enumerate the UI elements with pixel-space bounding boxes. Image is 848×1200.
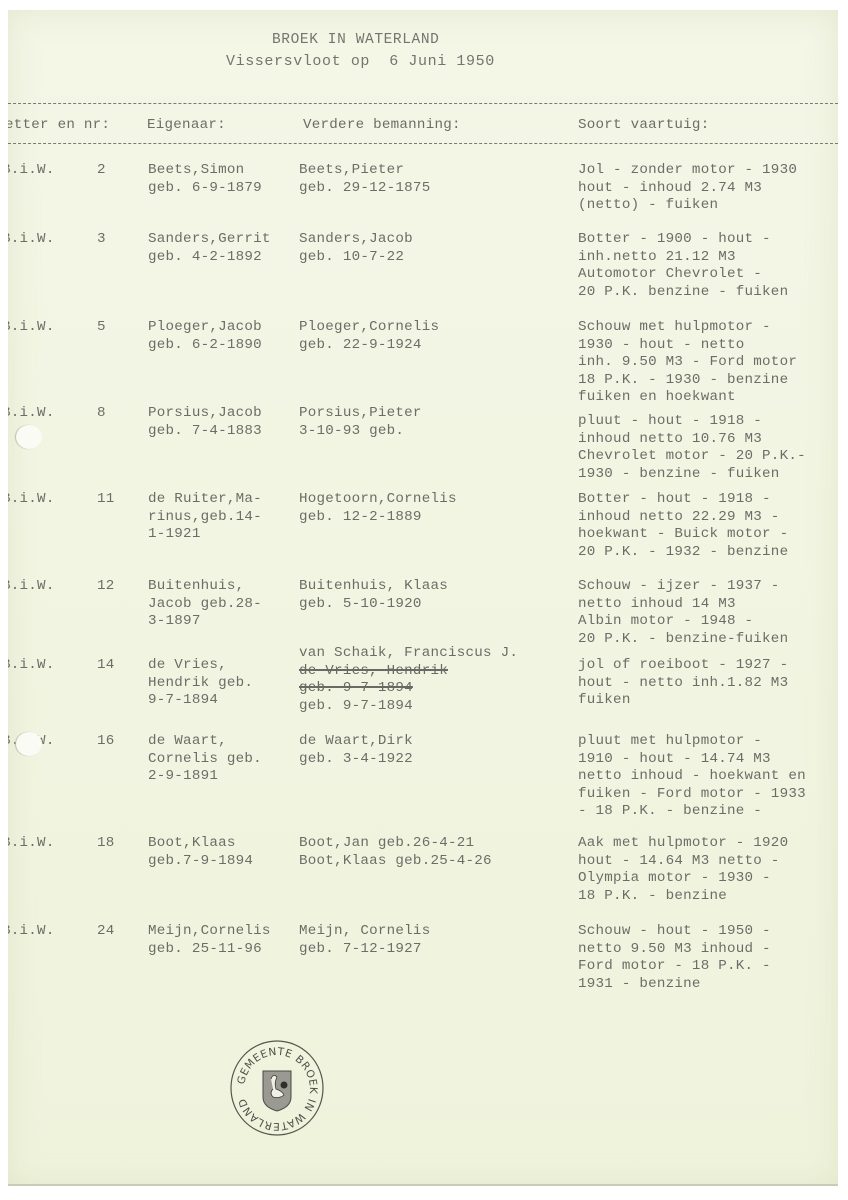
row-owner-line: Sanders,Gerrit xyxy=(148,231,271,249)
row-letters: B.i.W. xyxy=(8,491,55,509)
row-vessel-line: pluut - hout - 1918 - xyxy=(578,413,762,431)
row-vessel-line: Schouw - hout - 1950 - xyxy=(578,923,771,941)
row-vessel-line: 18 P.K. - 1930 - benzine xyxy=(578,372,788,390)
row-owner-line: 1-1921 xyxy=(148,526,201,544)
row-vessel-line: jol of roeiboot - 1927 - xyxy=(578,657,788,675)
row-crew-line: Sanders,Jacob xyxy=(299,231,413,249)
row-number: 8 xyxy=(97,405,106,423)
row-vessel-line: fuiken en hoekwant xyxy=(578,389,736,407)
row-vessel-line: netto 9.50 M3 inhoud - xyxy=(578,941,771,959)
row-owner-line: Beets,Simon xyxy=(148,162,244,180)
row-vessel-line: Schouw met hulpmotor - xyxy=(578,319,771,337)
row-vessel-line: fuiken xyxy=(578,692,631,710)
row-vessel-line: Botter - 1900 - hout - xyxy=(578,231,771,249)
row-owner-line: Porsius,Jacob xyxy=(148,405,262,423)
row-owner-line: geb. 6-9-1879 xyxy=(148,180,262,198)
document-page: BROEK IN WATERLAND Vissersvloot op 6 Jun… xyxy=(8,10,838,1186)
row-vessel-line: 18 P.K. - benzine xyxy=(578,888,727,906)
row-vessel-line: Automotor Chevrolet - xyxy=(578,266,762,284)
municipal-seal-stamp: GEMEENTE BROEK IN WATERLAND xyxy=(229,1039,325,1137)
row-vessel-line: netto inhoud 14 M3 xyxy=(578,596,736,614)
row-letters: B.i.W. xyxy=(8,657,55,675)
row-crew-line: geb. 7-12-1927 xyxy=(299,941,422,959)
row-vessel-line: 1930 - hout - netto xyxy=(578,337,745,355)
row-owner-line: 2-9-1891 xyxy=(148,768,218,786)
row-number: 11 xyxy=(97,491,115,509)
punch-hole-top xyxy=(16,425,42,449)
header-rule-top xyxy=(8,103,838,104)
header-rule-bottom xyxy=(8,143,838,144)
row-vessel-line: 20 P.K. - 1932 - benzine xyxy=(578,544,788,562)
document-title: BROEK IN WATERLAND xyxy=(272,32,439,48)
row-crew-line: Ploeger,Cornelis xyxy=(299,319,439,337)
row-vessel-line: Botter - hout - 1918 - xyxy=(578,491,771,509)
row-letters: B.i.W. xyxy=(8,405,55,423)
row-vessel-line: Albin motor - 1948 - xyxy=(578,613,753,631)
row-owner-line: geb. 25-11-96 xyxy=(148,941,262,959)
row-vessel-line: Aak met hulpmotor - 1920 xyxy=(578,835,788,853)
row-number: 24 xyxy=(97,923,115,941)
row-number: 12 xyxy=(97,578,115,596)
row-owner-line: de Vries, xyxy=(148,657,227,675)
row-number: 14 xyxy=(97,657,115,675)
row-owner-line: geb.7-9-1894 xyxy=(148,853,253,871)
column-header-letters: etter en nr: xyxy=(8,117,110,135)
row-vessel-line: Schouw - ijzer - 1937 - xyxy=(578,578,780,596)
column-header-owner: Eigenaar: xyxy=(147,117,226,135)
row-letters: B.i.W. xyxy=(8,319,55,337)
row-vessel-line: 1931 - benzine xyxy=(578,976,701,994)
row-number: 2 xyxy=(97,162,106,180)
row-owner-line: de Waart, xyxy=(148,733,227,751)
row-vessel-line: Olympia motor - 1930 - xyxy=(578,870,771,888)
row-vessel-line: inhoud netto 10.76 M3 xyxy=(578,431,762,449)
row-vessel-line: hout - inhoud 2.74 M3 xyxy=(578,180,762,198)
row-vessel-line: inhoud netto 22.29 M3 - xyxy=(578,509,780,527)
row-vessel-line: 20 P.K. - benzine-fuiken xyxy=(578,631,788,649)
row-crew-line: Meijn, Cornelis xyxy=(299,923,430,941)
row-letters: B.i.W. xyxy=(8,835,55,853)
row-vessel-line: hoekwant - Buick motor - xyxy=(578,526,788,544)
row-owner-line: Jacob geb.28- xyxy=(148,596,262,614)
row-crew-line: geb. 10-7-22 xyxy=(299,249,404,267)
row-crew-line: Boot,Klaas geb.25-4-26 xyxy=(299,853,492,871)
row-vessel-line: inh. 9.50 M3 - Ford motor xyxy=(578,354,797,372)
row-vessel-line: Chevrolet motor - 20 P.K.- xyxy=(578,448,806,466)
row-crew-line: 3-10-93 geb. xyxy=(299,423,404,441)
column-header-vessel: Soort vaartuig: xyxy=(578,117,709,135)
row-owner-line: Buitenhuis, xyxy=(148,578,244,596)
document-subtitle: Vissersvloot op 6 Juni 1950 xyxy=(226,53,495,70)
row-crew-line: Porsius,Pieter xyxy=(299,405,422,423)
row-letters: B.i.W. xyxy=(8,923,55,941)
row-owner-line: Meijn,Cornelis xyxy=(148,923,271,941)
row-crew-line: geb. 29-12-1875 xyxy=(299,180,430,198)
row-crew-line: de Waart,Dirk xyxy=(299,733,413,751)
row-owner-line: geb. 4-2-1892 xyxy=(148,249,262,267)
row-number: 5 xyxy=(97,319,106,337)
row-number: 3 xyxy=(97,231,106,249)
row-vessel-line: - 18 P.K. - benzine - xyxy=(578,803,762,821)
row-crew-line: Beets,Pieter xyxy=(299,162,404,180)
row-crew-line: geb. 22-9-1924 xyxy=(299,337,422,355)
row-owner-line: de Ruiter,Ma- xyxy=(148,491,262,509)
row-number: 16 xyxy=(97,733,115,751)
punch-hole-bottom xyxy=(16,732,42,756)
column-header-crew: Verdere bemanning: xyxy=(303,117,461,135)
row-owner-line: 9-7-1894 xyxy=(148,692,218,710)
row-crew-line: van Schaik, Franciscus J. xyxy=(299,645,518,663)
row-vessel-line: 20 P.K. benzine - fuiken xyxy=(578,284,788,302)
row-owner-line: Ploeger,Jacob xyxy=(148,319,262,337)
row-vessel-line: Jol - zonder motor - 1930 xyxy=(578,162,797,180)
row-crew-line: Boot,Jan geb.26-4-21 xyxy=(299,835,474,853)
row-vessel-line: hout - netto inh.1.82 M3 xyxy=(578,675,788,693)
row-vessel-line: (netto) - fuiken xyxy=(578,197,718,215)
row-crew-line: geb. 3-4-1922 xyxy=(299,751,413,769)
row-vessel-line: 1910 - hout - 14.74 M3 xyxy=(578,751,771,769)
row-crew-line: geb. 12-2-1889 xyxy=(299,509,422,527)
row-owner-line: Boot,Klaas xyxy=(148,835,236,853)
row-vessel-line: fuiken - Ford motor - 1933 xyxy=(578,786,806,804)
row-owner-line: Hendrik geb. xyxy=(148,675,253,693)
row-letters: B.i.W. xyxy=(8,578,55,596)
row-vessel-line: pluut met hulpmotor - xyxy=(578,733,762,751)
row-letters: B.i.W. xyxy=(8,162,55,180)
row-crew-line: geb. 9-7-1894 xyxy=(299,698,413,716)
row-owner-line: geb. 7-4-1883 xyxy=(148,423,262,441)
row-vessel-line: hout - 14.64 M3 netto - xyxy=(578,853,780,871)
row-owner-line: geb. 6-2-1890 xyxy=(148,337,262,355)
row-vessel-line: netto inhoud - hoekwant en xyxy=(578,768,806,786)
row-crew-crossed-out: de Vries, Hendrik xyxy=(299,663,448,681)
row-owner-line: 3-1897 xyxy=(148,613,201,631)
coat-of-arms-icon xyxy=(263,1071,291,1111)
row-crew-line: geb. 5-10-1920 xyxy=(299,596,422,614)
row-vessel-line: inh.netto 21.12 M3 xyxy=(578,249,736,267)
row-owner-line: Cornelis geb. xyxy=(148,751,262,769)
row-owner-line: rinus,geb.14- xyxy=(148,509,262,527)
row-crew-crossed-out: geb. 9-7-1894 xyxy=(299,680,413,698)
row-vessel-line: 1930 - benzine - fuiken xyxy=(578,466,780,484)
row-number: 18 xyxy=(97,835,115,853)
row-crew-line: Hogetoorn,Cornelis xyxy=(299,491,457,509)
row-letters: B.i.W. xyxy=(8,231,55,249)
row-crew-line: Buitenhuis, Klaas xyxy=(299,578,448,596)
row-vessel-line: Ford motor - 18 P.K. - xyxy=(578,958,771,976)
